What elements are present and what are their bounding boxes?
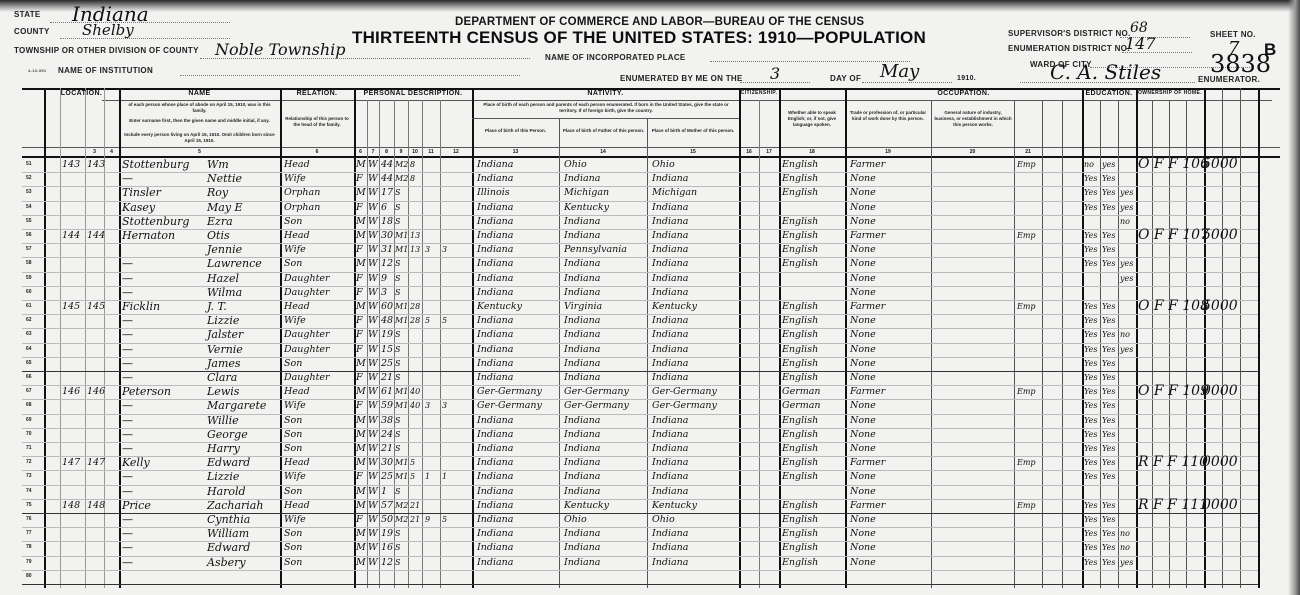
cell-trade: None — [850, 358, 876, 369]
cell-trade: None — [850, 273, 876, 284]
column-number: 6 — [280, 149, 354, 155]
cell-marital: S — [395, 528, 400, 539]
cell-birth: Indiana — [477, 500, 513, 511]
cell-read: Yes — [1084, 415, 1097, 426]
cell-trade: None — [850, 187, 876, 198]
cell-read: Yes — [1084, 173, 1097, 184]
industry-heading: General nature of industry, business, or… — [934, 110, 1012, 128]
cell-language: English — [782, 173, 818, 184]
cell-stamp: 5000 — [1202, 159, 1238, 170]
cell-sex: M — [356, 216, 366, 227]
cell-trade: None — [850, 287, 876, 298]
cell-relation: Son — [284, 443, 302, 454]
grid-vline — [1152, 100, 1153, 588]
name-description-2: Enter surname first, then the given name… — [122, 118, 277, 124]
cell-trade: None — [850, 344, 876, 355]
cell-write: Yes — [1102, 443, 1115, 454]
cell-sex: M — [356, 159, 366, 170]
cell-father-birth: Indiana — [564, 258, 600, 269]
cell-age: 19 — [381, 329, 393, 340]
cell-father-birth: Indiana — [564, 443, 600, 454]
scan-edge-top — [0, 0, 1300, 12]
cell-father-birth: Pennsylvania — [564, 244, 627, 255]
cell-relation: Son — [284, 528, 302, 539]
cell-read: Yes — [1084, 230, 1097, 241]
cell-birth: Indiana — [477, 542, 513, 553]
cell-trade: None — [850, 315, 876, 326]
cell-sex: F — [356, 173, 363, 184]
cell-relation: Daughter — [284, 372, 330, 383]
cell-children-living: 3 — [442, 244, 447, 255]
line-number: 60 — [26, 289, 32, 295]
cell-mother-birth: Indiana — [652, 202, 688, 213]
cell-school: no — [1120, 216, 1130, 227]
line-number: 72 — [26, 459, 32, 465]
cell-birth: Indiana — [477, 315, 513, 326]
cell-years-married: 28 — [410, 315, 420, 326]
cell-surname: — — [122, 258, 133, 269]
cell-birth: Indiana — [477, 344, 513, 355]
line-number: 65 — [26, 360, 32, 366]
cell-marital: M1 — [395, 386, 408, 397]
cell-marital: S — [395, 557, 400, 568]
cell-write: Yes — [1102, 358, 1115, 369]
cell-given: James — [207, 358, 241, 369]
department-title: DEPARTMENT OF COMMERCE AND LABOR—BUREAU … — [455, 16, 864, 28]
cell-read: Yes — [1084, 258, 1097, 269]
cell-language: English — [782, 500, 818, 511]
cell-school: no — [1120, 542, 1130, 553]
cell-age: 61 — [381, 386, 393, 397]
township-line — [200, 58, 530, 59]
cell-relation: Wife — [284, 400, 306, 411]
cell-age: 15 — [381, 344, 393, 355]
cell-sex: M — [356, 486, 366, 497]
group-header-line — [102, 100, 1272, 101]
cell-read: Yes — [1084, 443, 1097, 454]
cell-birth: Kentucky — [477, 301, 522, 312]
cell-trade: Farmer — [850, 386, 885, 397]
cell-mother-birth: Indiana — [652, 244, 688, 255]
cell-father-birth: Ger-Germany — [564, 386, 629, 397]
cell-sex: F — [356, 287, 363, 298]
cell-relation: Son — [284, 486, 302, 497]
cell-relation: Son — [284, 358, 302, 369]
cell-surname: — — [122, 358, 133, 369]
cell-marital: S — [395, 287, 400, 298]
cell-mother-birth: Indiana — [652, 344, 688, 355]
cell-given: Lewis — [207, 386, 239, 397]
cell-age: 38 — [381, 415, 393, 426]
cell-read: Yes — [1084, 457, 1097, 468]
cell-family: 143 — [87, 159, 105, 170]
cell-write: Yes — [1102, 329, 1115, 340]
cell-write: Yes — [1102, 230, 1115, 241]
cell-father-birth: Indiana — [564, 542, 600, 553]
cell-dwelling: 146 — [62, 386, 80, 397]
cell-sex: M — [356, 557, 366, 568]
cell-mother-birth: Indiana — [652, 372, 688, 383]
cell-father-birth: Indiana — [564, 528, 600, 539]
cell-language: English — [782, 216, 818, 227]
cell-father-birth: Indiana — [564, 273, 600, 284]
cell-father-birth: Indiana — [564, 344, 600, 355]
cell-mother-birth: Indiana — [652, 443, 688, 454]
cell-marital: M1 — [395, 301, 408, 312]
cell-trade: Farmer — [850, 159, 885, 170]
cell-surname: — — [122, 471, 133, 482]
cell-language: German — [782, 386, 821, 397]
line-number: 68 — [26, 402, 32, 408]
cell-sex: F — [356, 400, 363, 411]
personal-heading: PERSONAL DESCRIPTION. — [354, 90, 472, 97]
cell-marital: M1 — [395, 315, 408, 326]
cell-marital: M2 — [395, 500, 408, 511]
census-title: THIRTEENTH CENSUS OF THE UNITED STATES: … — [352, 28, 926, 48]
enumeration-label: Enumeration District No. — [1008, 44, 1130, 53]
cell-read: Yes — [1084, 514, 1097, 525]
cell-read: Yes — [1084, 301, 1097, 312]
grid-vline — [1042, 100, 1043, 588]
cell-father-birth: Kentucky — [564, 202, 609, 213]
cell-sex: M — [356, 500, 366, 511]
cell-given: Otis — [207, 230, 230, 241]
supervisor-label: Supervisor's District No. — [1008, 29, 1131, 38]
grid-vline — [1186, 100, 1187, 588]
state-line — [50, 22, 230, 23]
cell-marital: S — [395, 329, 400, 340]
cell-language: English — [782, 358, 818, 369]
cell-school: yes — [1120, 344, 1133, 355]
grid-vline — [379, 100, 380, 588]
cell-father-birth: Ger-Germany — [564, 400, 629, 411]
cell-school: yes — [1120, 187, 1133, 198]
cell-birth: Indiana — [477, 443, 513, 454]
cell-surname: Hernaton — [122, 230, 175, 241]
cell-age: 19 — [381, 528, 393, 539]
cell-age: 60 — [381, 301, 393, 312]
cell-home: O F F 109 — [1138, 386, 1209, 397]
cell-read: Yes — [1084, 400, 1097, 411]
cell-given: Roy — [207, 187, 228, 198]
cell-read: Yes — [1084, 344, 1097, 355]
cell-father-birth: Kentucky — [564, 500, 609, 511]
cell-surname: — — [122, 415, 133, 426]
cell-trade: None — [850, 400, 876, 411]
line-number: 59 — [26, 275, 32, 281]
township-label: Township or other division of county — [14, 46, 199, 55]
cell-birth: Indiana — [477, 528, 513, 539]
cell-mother-birth: Indiana — [652, 471, 688, 482]
cell-mother-birth: Indiana — [652, 542, 688, 553]
cell-marital: S — [395, 486, 400, 497]
cell-language: English — [782, 230, 818, 241]
cell-father-birth: Indiana — [564, 415, 600, 426]
cell-birth: Indiana — [477, 159, 513, 170]
cell-birth: Indiana — [477, 415, 513, 426]
cell-sex: F — [356, 514, 363, 525]
cell-given: Clara — [207, 372, 237, 383]
cell-home: O F F 108 — [1138, 301, 1209, 312]
cell-birth: Indiana — [477, 173, 513, 184]
cell-father-birth: Indiana — [564, 471, 600, 482]
column-number: 20 — [931, 149, 1014, 155]
ward-label: Ward of city — [1030, 60, 1092, 69]
cell-write: yes — [1102, 159, 1115, 170]
cell-read: Yes — [1084, 202, 1097, 213]
cell-race: W — [368, 202, 378, 213]
cell-school: no — [1120, 329, 1130, 340]
cell-mother-birth: Indiana — [652, 415, 688, 426]
cell-father-birth: Indiana — [564, 557, 600, 568]
column-number: 15 — [647, 149, 739, 155]
cell-stamp: 5000 — [1202, 301, 1238, 312]
cell-language: English — [782, 159, 818, 170]
cell-write: Yes — [1102, 471, 1115, 482]
cell-race: W — [368, 258, 378, 269]
cell-sex: F — [356, 202, 363, 213]
cell-given: Jennie — [207, 244, 242, 255]
cell-given: May E — [207, 202, 243, 213]
cell-read: no — [1084, 159, 1094, 170]
column-number: 13 — [472, 149, 559, 155]
cell-race: W — [368, 173, 378, 184]
cell-years-married: 28 — [410, 301, 420, 312]
cell-age: 12 — [381, 258, 393, 269]
cell-write: Yes — [1102, 202, 1115, 213]
cell-children-living: 5 — [442, 315, 447, 326]
cell-surname: Price — [122, 500, 151, 511]
line-number: 79 — [26, 559, 32, 565]
grid-vline — [1100, 100, 1101, 588]
cell-relation: Daughter — [284, 329, 330, 340]
year-label: 1910. — [957, 75, 976, 82]
cell-given: Harold — [207, 486, 246, 497]
line-number: 75 — [26, 502, 32, 508]
cell-marital: S — [395, 202, 400, 213]
cell-years-married: 8 — [410, 159, 415, 170]
cell-race: W — [368, 542, 378, 553]
cell-age: 31 — [381, 244, 393, 255]
cell-sex: M — [356, 542, 366, 553]
cell-age: 25 — [381, 471, 393, 482]
cell-marital: S — [395, 358, 400, 369]
cell-sex: F — [356, 471, 363, 482]
cell-race: W — [368, 244, 378, 255]
cell-read: Yes — [1084, 358, 1097, 369]
cell-mother-birth: Indiana — [652, 528, 688, 539]
cell-given: Lawrence — [207, 258, 262, 269]
cell-race: W — [368, 400, 378, 411]
cell-read: Yes — [1084, 542, 1097, 553]
cell-relation: Wife — [284, 471, 306, 482]
cell-given: Nettie — [207, 173, 242, 184]
cell-mother-birth: Indiana — [652, 287, 688, 298]
grid-vline — [422, 100, 423, 588]
cell-birth: Indiana — [477, 486, 513, 497]
institution-label: Name of institution — [58, 66, 153, 75]
cell-language: English — [782, 344, 818, 355]
line-number: 64 — [26, 346, 32, 352]
cell-race: W — [368, 386, 378, 397]
column-number: 5 — [119, 149, 280, 155]
grid-vline — [647, 118, 648, 588]
grid-vline — [440, 100, 441, 588]
cell-school: yes — [1120, 557, 1133, 568]
language-heading: Whether able to speak English; or, if no… — [782, 110, 842, 128]
cell-relation: Son — [284, 557, 302, 568]
line-number: 52 — [26, 175, 32, 181]
institution-line — [180, 75, 520, 76]
cell-surname: — — [122, 400, 133, 411]
cell-language: English — [782, 528, 818, 539]
cell-relation: Head — [284, 457, 310, 468]
cell-trade: None — [850, 216, 876, 227]
state-label: State — [14, 10, 41, 19]
cell-race: W — [368, 557, 378, 568]
cell-marital: M1 — [395, 400, 408, 411]
cell-children-living: 3 — [442, 400, 447, 411]
grid-vline — [1118, 100, 1119, 588]
cell-mother-birth: Indiana — [652, 258, 688, 269]
cell-mother-birth: Kentucky — [652, 301, 697, 312]
cell-surname: — — [122, 372, 133, 383]
cell-stamp: 0000 — [1202, 457, 1238, 468]
cell-home: O F F 106 — [1138, 159, 1209, 170]
cell-given: George — [207, 429, 248, 440]
cell-read: Yes — [1084, 187, 1097, 198]
cell-birth: Indiana — [477, 329, 513, 340]
cell-marital: S — [395, 216, 400, 227]
cell-marital: M1 — [395, 471, 408, 482]
line-number: 62 — [26, 317, 32, 323]
cell-sex: M — [356, 443, 366, 454]
cell-race: W — [368, 273, 378, 284]
cell-race: W — [368, 471, 378, 482]
cell-marital: M1 — [395, 244, 408, 255]
line-number: 61 — [26, 303, 32, 309]
cell-sex: F — [356, 273, 363, 284]
cell-trade: Farmer — [850, 230, 885, 241]
cell-relation: Daughter — [284, 287, 330, 298]
cell-trade: None — [850, 258, 876, 269]
cell-language: English — [782, 372, 818, 383]
enumerator-line — [1020, 82, 1195, 83]
cell-mother-birth: Ger-Germany — [652, 400, 717, 411]
cell-trade: Farmer — [850, 301, 885, 312]
day-of-label: day of — [830, 74, 861, 83]
cell-write: Yes — [1102, 372, 1115, 383]
nativity-subline — [472, 118, 739, 119]
cell-sex: M — [356, 429, 366, 440]
cell-race: W — [368, 528, 378, 539]
cell-surname: Stottenburg — [122, 216, 189, 227]
birth-mother-heading: Place of birth of Mother of this person. — [650, 128, 736, 134]
cell-home: R F F 111 — [1138, 500, 1208, 511]
cell-employer: Emp — [1017, 159, 1036, 170]
cell-birth: Indiana — [477, 372, 513, 383]
cell-given: J. T. — [207, 301, 227, 312]
cell-race: W — [368, 230, 378, 241]
cell-language: English — [782, 429, 818, 440]
cell-age: 1 — [381, 486, 387, 497]
cell-birth: Indiana — [477, 258, 513, 269]
cell-school: no — [1120, 528, 1130, 539]
cell-trade: None — [850, 542, 876, 553]
column-number: 17 — [759, 149, 779, 155]
cell-trade: None — [850, 329, 876, 340]
enumeration-line — [1122, 52, 1192, 53]
cell-marital: S — [395, 258, 400, 269]
cell-trade: None — [850, 372, 876, 383]
cell-family: 144 — [87, 230, 105, 241]
cell-years-married: 40 — [410, 386, 420, 397]
line-number: 74 — [26, 488, 32, 494]
column-number: 7 — [367, 149, 379, 155]
cell-given: Edward — [207, 457, 250, 468]
cell-race: W — [368, 500, 378, 511]
cell-mother-birth: Ohio — [652, 159, 675, 170]
cell-dwelling: 143 — [62, 159, 80, 170]
cell-surname: Stottenburg — [122, 159, 189, 170]
cell-relation: Head — [284, 230, 310, 241]
column-number: 11 — [422, 149, 440, 155]
form-number: 4-13-951 — [28, 68, 46, 73]
cell-relation: Daughter — [284, 344, 330, 355]
cell-race: W — [368, 301, 378, 312]
cell-trade: None — [850, 471, 876, 482]
cell-employer: Emp — [1017, 301, 1036, 312]
cell-trade: None — [850, 443, 876, 454]
cell-language: English — [782, 514, 818, 525]
line-number: 73 — [26, 473, 32, 479]
cell-stamp: 0000 — [1202, 386, 1238, 397]
cell-family: 147 — [87, 457, 105, 468]
cell-relation: Wife — [284, 315, 306, 326]
cell-given: Wilma — [207, 287, 242, 298]
cell-birth: Indiana — [477, 514, 513, 525]
cell-age: 44 — [381, 159, 393, 170]
colnum-line — [22, 147, 1280, 148]
cell-race: W — [368, 187, 378, 198]
cell-surname: — — [122, 315, 133, 326]
cell-write: Yes — [1102, 386, 1115, 397]
cell-family: 145 — [87, 301, 105, 312]
cell-sex: M — [356, 415, 366, 426]
cell-given: William — [207, 528, 249, 539]
cell-years-married: 13 — [410, 244, 420, 255]
line-number: 70 — [26, 431, 32, 437]
cell-family: 146 — [87, 386, 105, 397]
census-sheet: State Indiana County Shelby Township or … — [0, 0, 1300, 595]
cell-school: yes — [1120, 202, 1133, 213]
township-value: Noble Township — [215, 40, 345, 59]
cell-age: 30 — [381, 230, 393, 241]
column-number: 12 — [440, 149, 472, 155]
row-separator — [22, 584, 1258, 585]
cell-mother-birth: Michigan — [652, 187, 697, 198]
cell-surname: — — [122, 344, 133, 355]
cell-language: English — [782, 471, 818, 482]
grid-vline — [1258, 88, 1260, 588]
county-label: County — [14, 27, 50, 36]
cell-race: W — [368, 358, 378, 369]
cell-given: Wm — [207, 159, 229, 170]
column-number: 19 — [845, 149, 931, 155]
line-number: 80 — [26, 573, 32, 579]
birth-father-heading: Place of birth of Father of this person. — [562, 128, 645, 134]
cell-read: Yes — [1084, 557, 1097, 568]
